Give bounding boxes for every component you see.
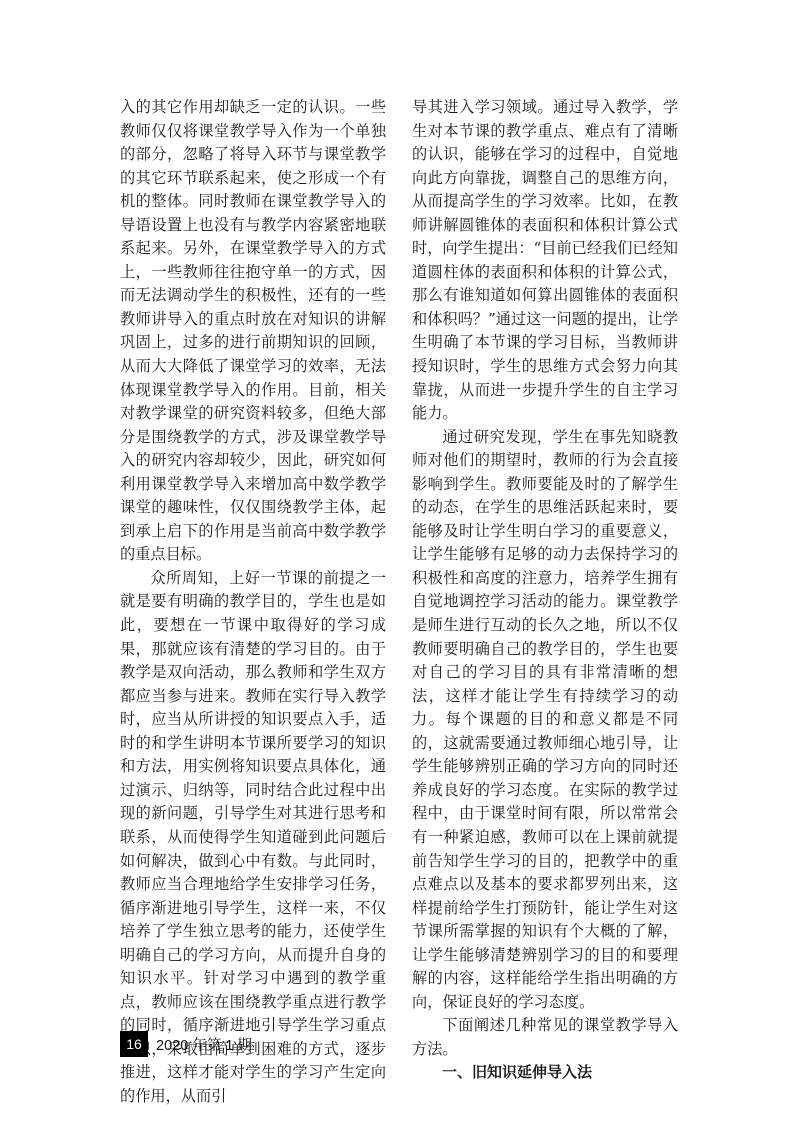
left-text-column: 入的其它作用却缺乏一定的认识。一些教师仅仅将课堂教学导入作为一个单独的部分，忽略… [120,96,386,1109]
body-paragraph: 入的其它作用却缺乏一定的认识。一些教师仅仅将课堂教学导入作为一个单独的部分，忽略… [120,96,386,567]
body-paragraph: 通过研究发现，学生在事先知晓教师对他们的期望时，教师的行为会直接影响到学生。教师… [412,426,678,1015]
body-paragraph: 众所周知，上好一节课的前提之一就是要有明确的教学目的，学生也是如此，要想在一节课… [120,567,386,1109]
page-footer: 16 2020 年第 1 期 [120,1031,252,1057]
page-number-badge: 16 [120,1031,148,1057]
body-paragraph: 导其进入学习领域。通过导入教学，学生对本节课的教学重点、难点有了清晰的认识，能够… [412,96,678,426]
section-heading: 一、旧知识延伸导入法 [412,1061,678,1085]
issue-label: 2020 年第 1 期 [156,1034,252,1055]
body-paragraph: 下面阐述几种常见的课堂教学导入方法。 [412,1014,678,1061]
right-text-column: 导其进入学习领域。通过导入教学，学生对本节课的教学重点、难点有了清晰的认识，能够… [412,96,678,1085]
